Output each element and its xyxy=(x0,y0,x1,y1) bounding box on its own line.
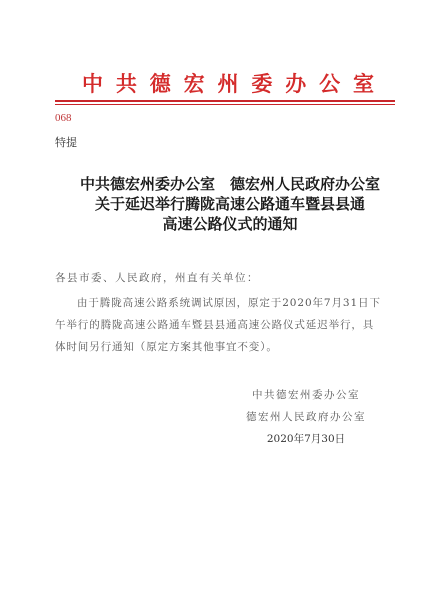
letterhead-char: 办 xyxy=(285,68,306,94)
body-line: 由于腾陇高速公路系统调试原因，原定于2020年7月31日下 xyxy=(55,292,395,314)
title-line: 高速公路仪式的通知 xyxy=(40,214,420,234)
body-line: 午举行的腾陇高速公路通车暨县县通高速公路仪式延迟举行，具 xyxy=(55,314,395,336)
body-paragraph: 由于腾陇高速公路系统调试原因，原定于2020年7月31日下 午举行的腾陇高速公路… xyxy=(55,292,395,358)
letterhead-char: 州 xyxy=(218,68,239,94)
signature-date: 2020年7月30日 xyxy=(246,428,366,450)
letterhead-char: 宏 xyxy=(184,68,205,94)
signature-org-government: 德宏州人民政府办公室 xyxy=(246,406,366,428)
title-line: 中共德宏州委办公室 德宏州人民政府办公室 xyxy=(40,174,420,194)
signature-block: 中共德宏州委办公室 德宏州人民政府办公室 2020年7月30日 xyxy=(246,384,366,450)
title-line: 关于延迟举行腾陇高速公路通车暨县县通 xyxy=(40,194,420,214)
letterhead-char: 中 xyxy=(82,68,103,94)
letterhead-rule-thin xyxy=(55,104,395,105)
letterhead-char: 委 xyxy=(251,68,272,94)
urgency-tag: 特提 xyxy=(55,134,77,150)
body-line: 体时间另行通知（原定方案其他事宜不变）。 xyxy=(55,336,395,358)
letterhead-char: 公 xyxy=(319,68,340,94)
letterhead-rule-thick xyxy=(55,100,395,102)
letterhead-char: 共 xyxy=(116,68,137,94)
letterhead-char: 室 xyxy=(353,68,374,94)
signature-org-party: 中共德宏州委办公室 xyxy=(246,384,366,406)
letterhead-char: 德 xyxy=(150,68,171,94)
salutation: 各县市委、人民政府，州直有关单位： xyxy=(55,270,259,285)
document-number: 068 xyxy=(55,112,72,124)
document-title: 中共德宏州委办公室 德宏州人民政府办公室 关于延迟举行腾陇高速公路通车暨县县通 … xyxy=(40,174,420,234)
letterhead-title: 中 共 德 宏 州 委 办 公 室 xyxy=(82,68,374,94)
